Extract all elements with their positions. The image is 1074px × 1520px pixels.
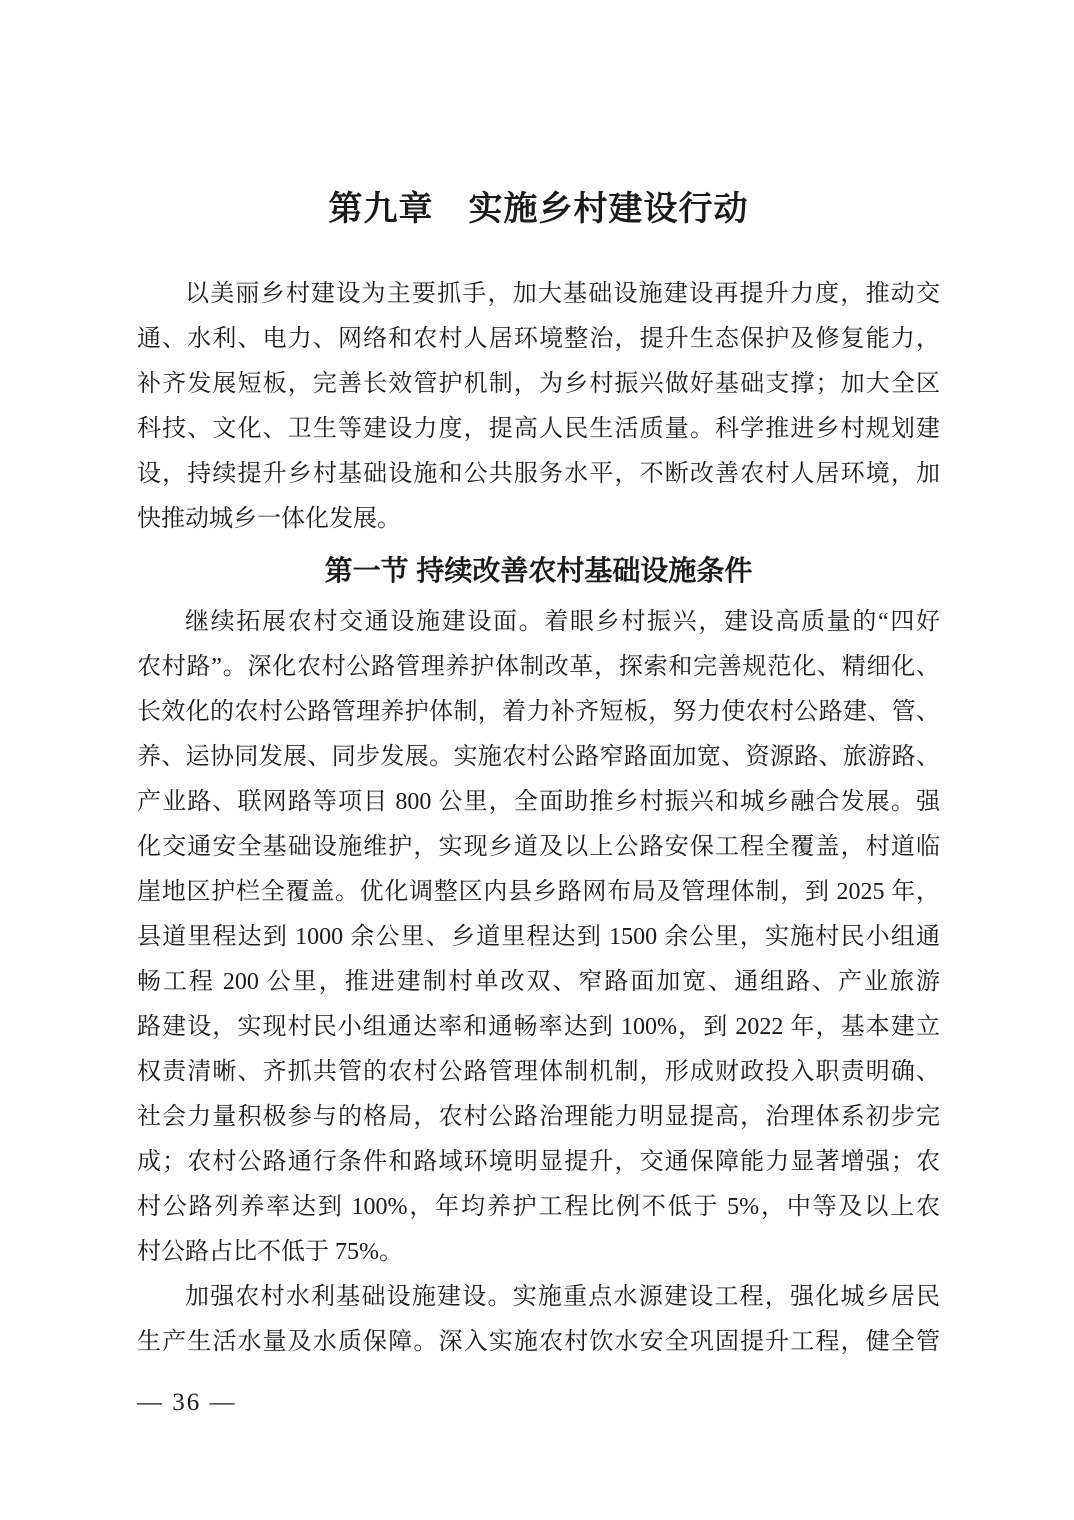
intro-paragraph: 以美丽乡村建设为主要抓手，加大基础设施建设再提升力度，推动交 通、水利、电力、网… [137,272,940,542]
chapter-title: 第九章 实施乡村建设行动 [137,186,940,234]
text-line: 村公路占比不低于 75%。 [137,1230,940,1275]
page-number: — 36 — [137,1388,237,1418]
text-line: 养、运协同发展、同步发展。实施农村公路窄路面加宽、资源路、旅游路、 [137,735,940,780]
text-line: 村公路列养率达到 100%，年均养护工程比例不低于 5%，中等及以上农 [137,1185,940,1230]
text-line: 路建设，实现村民小组通达率和通畅率达到 100%，到 2022 年，基本建立 [137,1005,940,1050]
text-line: 农村路”。深化农村公路管理养护体制改革，探索和完善规范化、精细化、 [137,645,940,690]
section1-paragraph1: 继续拓展农村交通设施建设面。着眼乡村振兴，建设高质量的“四好 农村路”。深化农村… [137,600,940,1275]
text-line: 产业路、联网路等项目 800 公里，全面助推乡村振兴和城乡融合发展。强 [137,780,940,825]
text-line: 生产生活水量及水质保障。深入实施农村饮水安全巩固提升工程，健全管 [137,1320,940,1365]
document-page: 第九章 实施乡村建设行动 以美丽乡村建设为主要抓手，加大基础设施建设再提升力度，… [0,0,1074,1520]
text-line: 畅工程 200 公里，推进建制村单改双、窄路面加宽、通组路、产业旅游 [137,960,940,1005]
text-line: 设，持续提升乡村基础设施和公共服务水平，不断改善农村人居环境，加 [137,452,940,497]
text-line: 科技、文化、卫生等建设力度，提高人民生活质量。科学推进乡村规划建 [137,407,940,452]
text-line: 通、水利、电力、网络和农村人居环境整治，提升生态保护及修复能力， [137,317,940,362]
text-line: 快推动城乡一体化发展。 [137,497,940,542]
text-line: 以美丽乡村建设为主要抓手，加大基础设施建设再提升力度，推动交 [137,272,940,317]
text-line: 权责清晰、齐抓共管的农村公路管理体制机制，形成财政投入职责明确、 [137,1050,940,1095]
text-line: 补齐发展短板，完善长效管护机制，为乡村振兴做好基础支撑；加大全区 [137,362,940,407]
text-line: 社会力量积极参与的格局，农村公路治理能力明显提高，治理体系初步完 [137,1095,940,1140]
text-line: 长效化的农村公路管理养护体制，着力补齐短板，努力使农村公路建、管、 [137,690,940,735]
section1-paragraph2: 加强农村水利基础设施建设。实施重点水源建设工程，强化城乡居民 生产生活水量及水质… [137,1275,940,1365]
text-line: 加强农村水利基础设施建设。实施重点水源建设工程，强化城乡居民 [137,1275,940,1320]
text-line: 成；农村公路通行条件和路域环境明显提升，交通保障能力显著增强；农 [137,1140,940,1185]
section-title: 第一节 持续改善农村基础设施条件 [137,542,940,600]
page-content: 第九章 实施乡村建设行动 以美丽乡村建设为主要抓手，加大基础设施建设再提升力度，… [137,0,940,1365]
text-line: 继续拓展农村交通设施建设面。着眼乡村振兴，建设高质量的“四好 [137,600,940,645]
text-line: 化交通安全基础设施维护，实现乡道及以上公路安保工程全覆盖，村道临 [137,825,940,870]
text-line: 崖地区护栏全覆盖。优化调整区内县乡路网布局及管理体制，到 2025 年， [137,870,940,915]
text-line: 县道里程达到 1000 余公里、乡道里程达到 1500 余公里，实施村民小组通 [137,915,940,960]
